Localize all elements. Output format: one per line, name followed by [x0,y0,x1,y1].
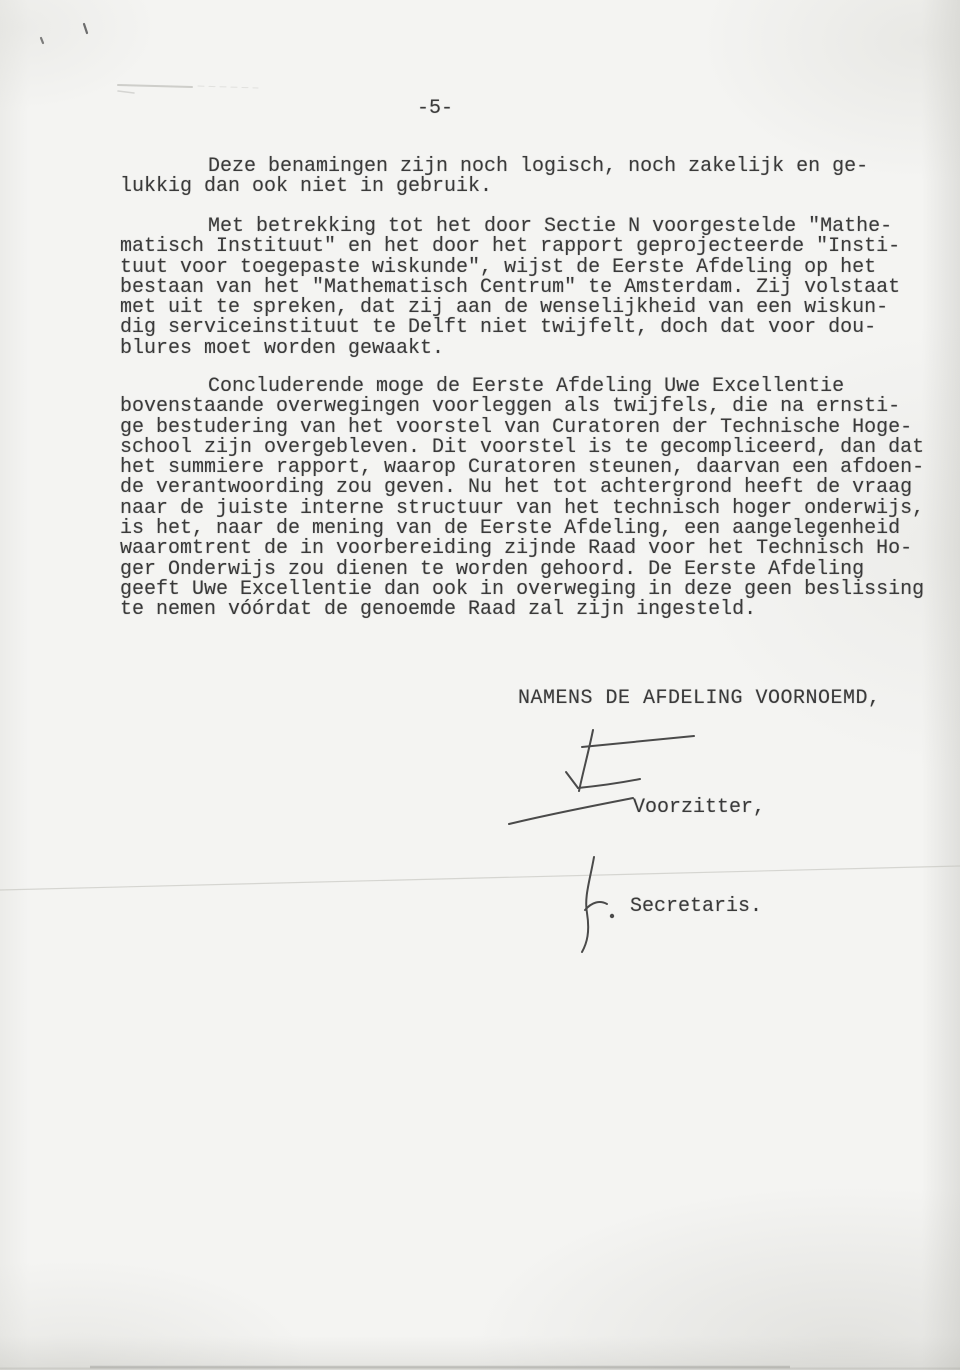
crease-line [0,866,960,890]
secretary-label: Secretaris. [630,897,762,917]
paragraph-3: Concluderende moge de Eerste Afdeling Uw… [120,377,944,621]
scan-bottom-edge [0,1367,960,1369]
closing-on-behalf-line: NAMENS DE AFDELING VOORNOEMD, [518,689,881,709]
text-line: blures moet worden gewaakt. [120,339,944,359]
scanned-letter-page: -5- Deze benamingen zijn noch logisch, n… [0,0,960,1370]
text-line: de verantwoording zou geven. Nu het tot … [120,478,944,498]
text-line: ge bestudering van het voorstel van Cura… [120,418,944,438]
text-line: waaromtrent de in voorbereiding zijnde R… [120,539,944,559]
secretary-signature [582,857,614,952]
pencil-mark [118,85,258,93]
scan-artifacts-overlay [0,0,960,1370]
paragraph-1: Deze benamingen zijn noch logisch, noch … [120,157,944,198]
paragraph-2: Met betrekking tot het door Sectie N voo… [120,217,944,359]
text-line: te nemen vóórdat de genoemde Raad zal zi… [120,600,944,620]
text-line: ger Onderwijs zou dienen te worden gehoo… [120,560,944,580]
ink-speck [41,24,87,43]
chairman-label: Voorzitter, [633,798,765,818]
text-line: tuut voor toegepaste wiskunde", wijst de… [120,258,944,278]
text-line: lukkig dan ook niet in gebruik. [120,177,944,197]
text-line: matisch Instituut" en het door het rappo… [120,237,944,257]
text-line: dig serviceinstituut te Delft niet twijf… [120,318,944,338]
text-line: bovenstaande overwegingen voorleggen als… [120,397,944,417]
page-number: -5- [417,99,453,119]
